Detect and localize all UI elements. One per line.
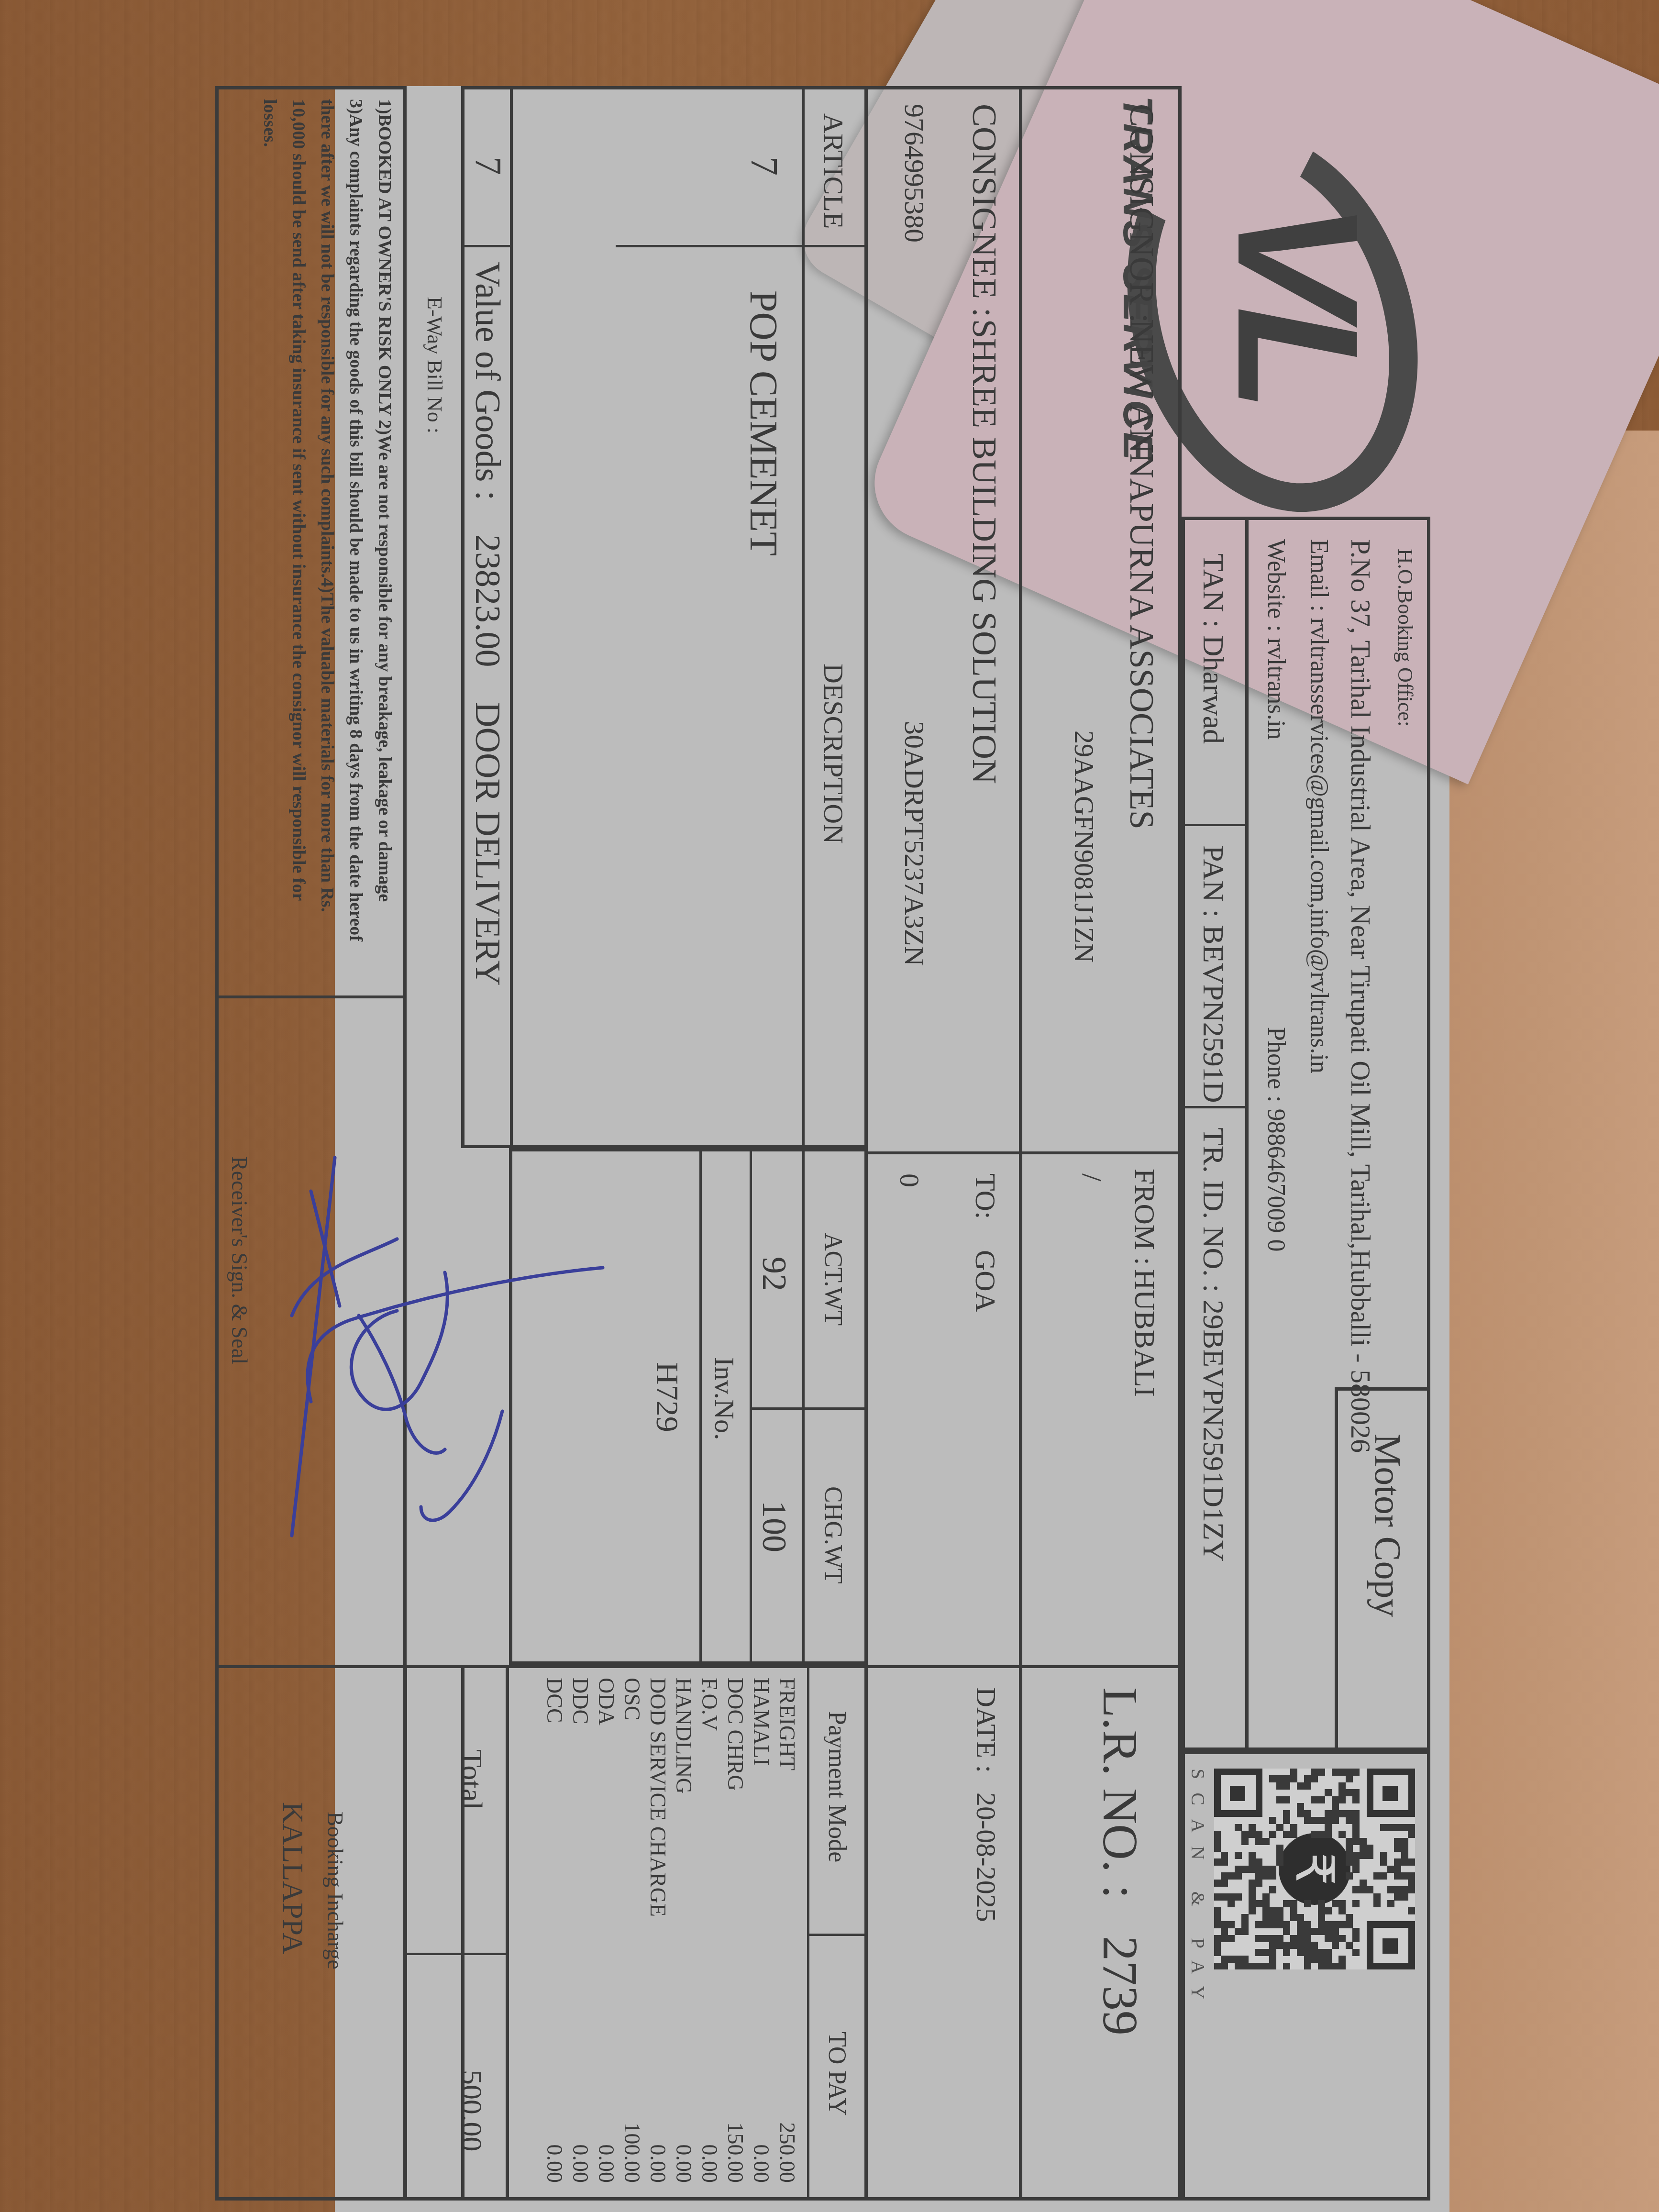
terms-line: there after we will not be responsible f… xyxy=(318,99,336,989)
to-extra: 0 xyxy=(896,1173,923,1187)
charge-label: HANDLING xyxy=(673,1678,695,1794)
weight-table: ACT.WT CHG.WT 92 100 Inv.No. H729 xyxy=(509,1148,868,1665)
receiver-sign-label: Receiver's Sign. & Seal xyxy=(228,1156,250,1364)
col-invoice-header: Inv.No. xyxy=(710,1357,738,1440)
total-articles: 7 xyxy=(470,156,507,175)
charge-label: OSC xyxy=(621,1678,643,1720)
charge-row: HANDLING0.00 xyxy=(671,1678,697,2188)
consignor-name: NEW ANNAPURNA ASSOCIATES xyxy=(1125,319,1159,829)
consignee-row: CONSIGNEE : SHREE BUILDING SOLUTION 9764… xyxy=(864,86,1022,2201)
invoice-number: H729 xyxy=(651,1362,683,1432)
receiver-signature-box: Receiver's Sign. & Seal xyxy=(219,998,403,1668)
from-label: FROM : xyxy=(1130,1169,1159,1265)
office-phone: Phone : 9886467009 0 xyxy=(1263,1027,1288,1251)
qr-box: ₹ SCAN & PAY xyxy=(1182,1751,1430,2201)
footer-box: 1)BOOKED AT OWNER'S RISK ONLY 2)We are n… xyxy=(215,86,407,2201)
charge-label: HAMALI xyxy=(750,1678,772,1766)
payment-mode: TO PAY xyxy=(824,2032,849,2116)
booking-incharge-name: KALLAPPA xyxy=(278,1802,308,1954)
office-website: Website : rvltrans.in xyxy=(1263,539,1288,740)
qr-finder-icon xyxy=(1367,1921,1415,1969)
copy-type: Motor Copy xyxy=(1369,1434,1406,1617)
charge-row: F.O.V0.00 xyxy=(697,1678,722,2188)
value-row: 7 Value of Goods : 23823.00 DOOR DELIVER… xyxy=(465,89,513,1145)
charge-label: ODA xyxy=(595,1678,617,1725)
charge-row: HAMALI0.00 xyxy=(748,1678,774,2188)
col-description-header: DESCRIPTION xyxy=(819,664,847,844)
charge-row: OSC100.00 xyxy=(619,1678,645,2188)
payment-qr-code[interactable]: ₹ xyxy=(1214,1769,1415,1969)
from-extra: / xyxy=(1078,1173,1106,1182)
table-row: 7 xyxy=(616,89,802,247)
qr-finder-icon xyxy=(1214,1769,1262,1817)
tax-id-strip: TAN : Dharwad PAN : BEVPN2591D TR. ID. N… xyxy=(1182,517,1249,1751)
charges-list: FREIGHT250.00HAMALI0.00DOC CHRG150.00F.O… xyxy=(532,1678,800,2188)
terms-line: losses. xyxy=(261,99,279,989)
consignee-phone: 9764995380 xyxy=(900,104,928,243)
charge-row: DOC CHRG150.00 xyxy=(722,1678,748,2188)
date-label: DATE : xyxy=(972,1687,1000,1773)
charge-amount: 150.00 xyxy=(724,2123,746,2183)
goods-table: ARTICLE DESCRIPTION 7 POP CEMENET 7 Valu… xyxy=(461,86,868,1148)
qr-finder-icon xyxy=(1367,1769,1415,1817)
item-description: POP CEMENET xyxy=(744,290,783,556)
lr-number-label: L.R. NO. : xyxy=(1095,1687,1145,1899)
charge-row: ODA0.00 xyxy=(593,1678,619,2188)
total-label: Total xyxy=(457,1749,487,1810)
charge-amount: 0.00 xyxy=(595,2145,617,2183)
charge-amount: 0.00 xyxy=(673,2145,695,2183)
consignee-label: CONSIGNEE : xyxy=(967,104,1002,317)
actual-weight: 92 xyxy=(757,1257,792,1291)
tan-number: TAN : Dharwad xyxy=(1198,553,1228,744)
charge-label: FREIGHT xyxy=(776,1678,798,1770)
value-of-goods-label: Value of Goods : xyxy=(470,262,505,500)
charge-row: DDC0.00 xyxy=(567,1678,593,2188)
charge-label: DCC xyxy=(543,1678,565,1723)
article-count: 7 xyxy=(745,156,783,176)
consignee-gstin: 30ADRPT5237A3ZN xyxy=(900,721,928,966)
lr-number: 2739 xyxy=(1095,1936,1145,2035)
eway-bill-label: E-Way Bill No : xyxy=(424,297,445,433)
charge-amount: 100.00 xyxy=(621,2123,643,2183)
charge-label: DDC xyxy=(569,1678,591,1724)
consignor-gstin: 29AAGFN9081J1ZN xyxy=(1070,730,1097,962)
office-label: H.O.Booking Office: xyxy=(1394,549,1416,727)
value-of-goods: 23823.00 xyxy=(470,534,505,667)
charge-row: DCC0.00 xyxy=(542,1678,567,2188)
copy-type-box: Motor Copy xyxy=(1335,1387,1430,1751)
to-label: TO: xyxy=(971,1173,1000,1219)
from-city: HUBBALI xyxy=(1130,1269,1159,1397)
lorry-receipt: VL TRANS SERVICE H.O.Booking Office: P.N… xyxy=(354,86,1430,2201)
terms-line: 3)Any complaints regarding the goods of … xyxy=(347,99,365,989)
consignor-row: CONSIGNOR : NEW ANNAPURNA ASSOCIATES 29A… xyxy=(1019,86,1182,2201)
charge-row: DOD SERVICE CHARGE0.00 xyxy=(645,1678,671,2188)
col-chg-wt-header: CHG.WT xyxy=(820,1486,845,1584)
qr-caption: SCAN & PAY xyxy=(1187,1769,1209,2013)
consignee-name: SHREE BUILDING SOLUTION xyxy=(967,319,1002,784)
logo-initials: VL xyxy=(1199,201,1397,402)
total-row: Total 500.00 xyxy=(404,1665,509,2201)
payment-mode-label: Payment Mode xyxy=(824,1711,849,1862)
charge-amount: 0.00 xyxy=(750,2145,772,2183)
total-amount: 500.00 xyxy=(457,2070,487,2152)
company-logo: VL TRANS SERVICE xyxy=(1162,86,1430,517)
charge-amount: 0.00 xyxy=(569,2145,591,2183)
terms-conditions: 1)BOOKED AT OWNER'S RISK ONLY 2)We are n… xyxy=(250,99,394,989)
col-article-header: ARTICLE xyxy=(819,113,847,229)
booking-incharge-label: Booking Incharge xyxy=(324,1812,346,1969)
charge-label: F.O.V xyxy=(698,1678,720,1731)
terms-box: 1)BOOKED AT OWNER'S RISK ONLY 2)We are n… xyxy=(219,89,403,998)
consignor-label: CONSIGNOR : xyxy=(1125,104,1159,323)
charged-weight: 100 xyxy=(757,1501,792,1552)
charge-amount: 0.00 xyxy=(543,2145,565,2183)
pan-number: PAN : BEVPN2591D xyxy=(1198,845,1228,1103)
tr-id-number: TR. ID. NO. : 29BEVPN2591D1ZY xyxy=(1198,1128,1228,1562)
charge-amount: 0.00 xyxy=(647,2145,669,2183)
office-address: P.No 37, Tarihal Industrial Area, Near T… xyxy=(1347,539,1374,1453)
office-email: Email : rvltransservices@gmail.com,info@… xyxy=(1306,539,1331,1073)
charge-label: DOD SERVICE CHARGE xyxy=(647,1678,669,1917)
charge-amount: 250.00 xyxy=(776,2123,798,2183)
upi-rupee-icon: ₹ xyxy=(1279,1833,1350,1905)
charge-row: FREIGHT250.00 xyxy=(774,1678,800,2188)
to-city: GOA xyxy=(971,1250,1000,1312)
terms-line: 1)BOOKED AT OWNER'S RISK ONLY 2)We are n… xyxy=(376,99,394,989)
charge-amount: 0.00 xyxy=(698,2145,720,2183)
terms-line: 10,000 should be send after taking insur… xyxy=(289,99,308,989)
charge-label: DOC CHRG xyxy=(724,1678,746,1791)
delivery-type: DOOR DELIVERY xyxy=(470,702,505,986)
lr-date: 20-08-2025 xyxy=(972,1792,1000,1922)
col-act-wt-header: ACT.WT xyxy=(820,1233,845,1326)
charges-table: Payment Mode TO PAY FREIGHT250.00HAMALI0… xyxy=(461,1665,868,2201)
